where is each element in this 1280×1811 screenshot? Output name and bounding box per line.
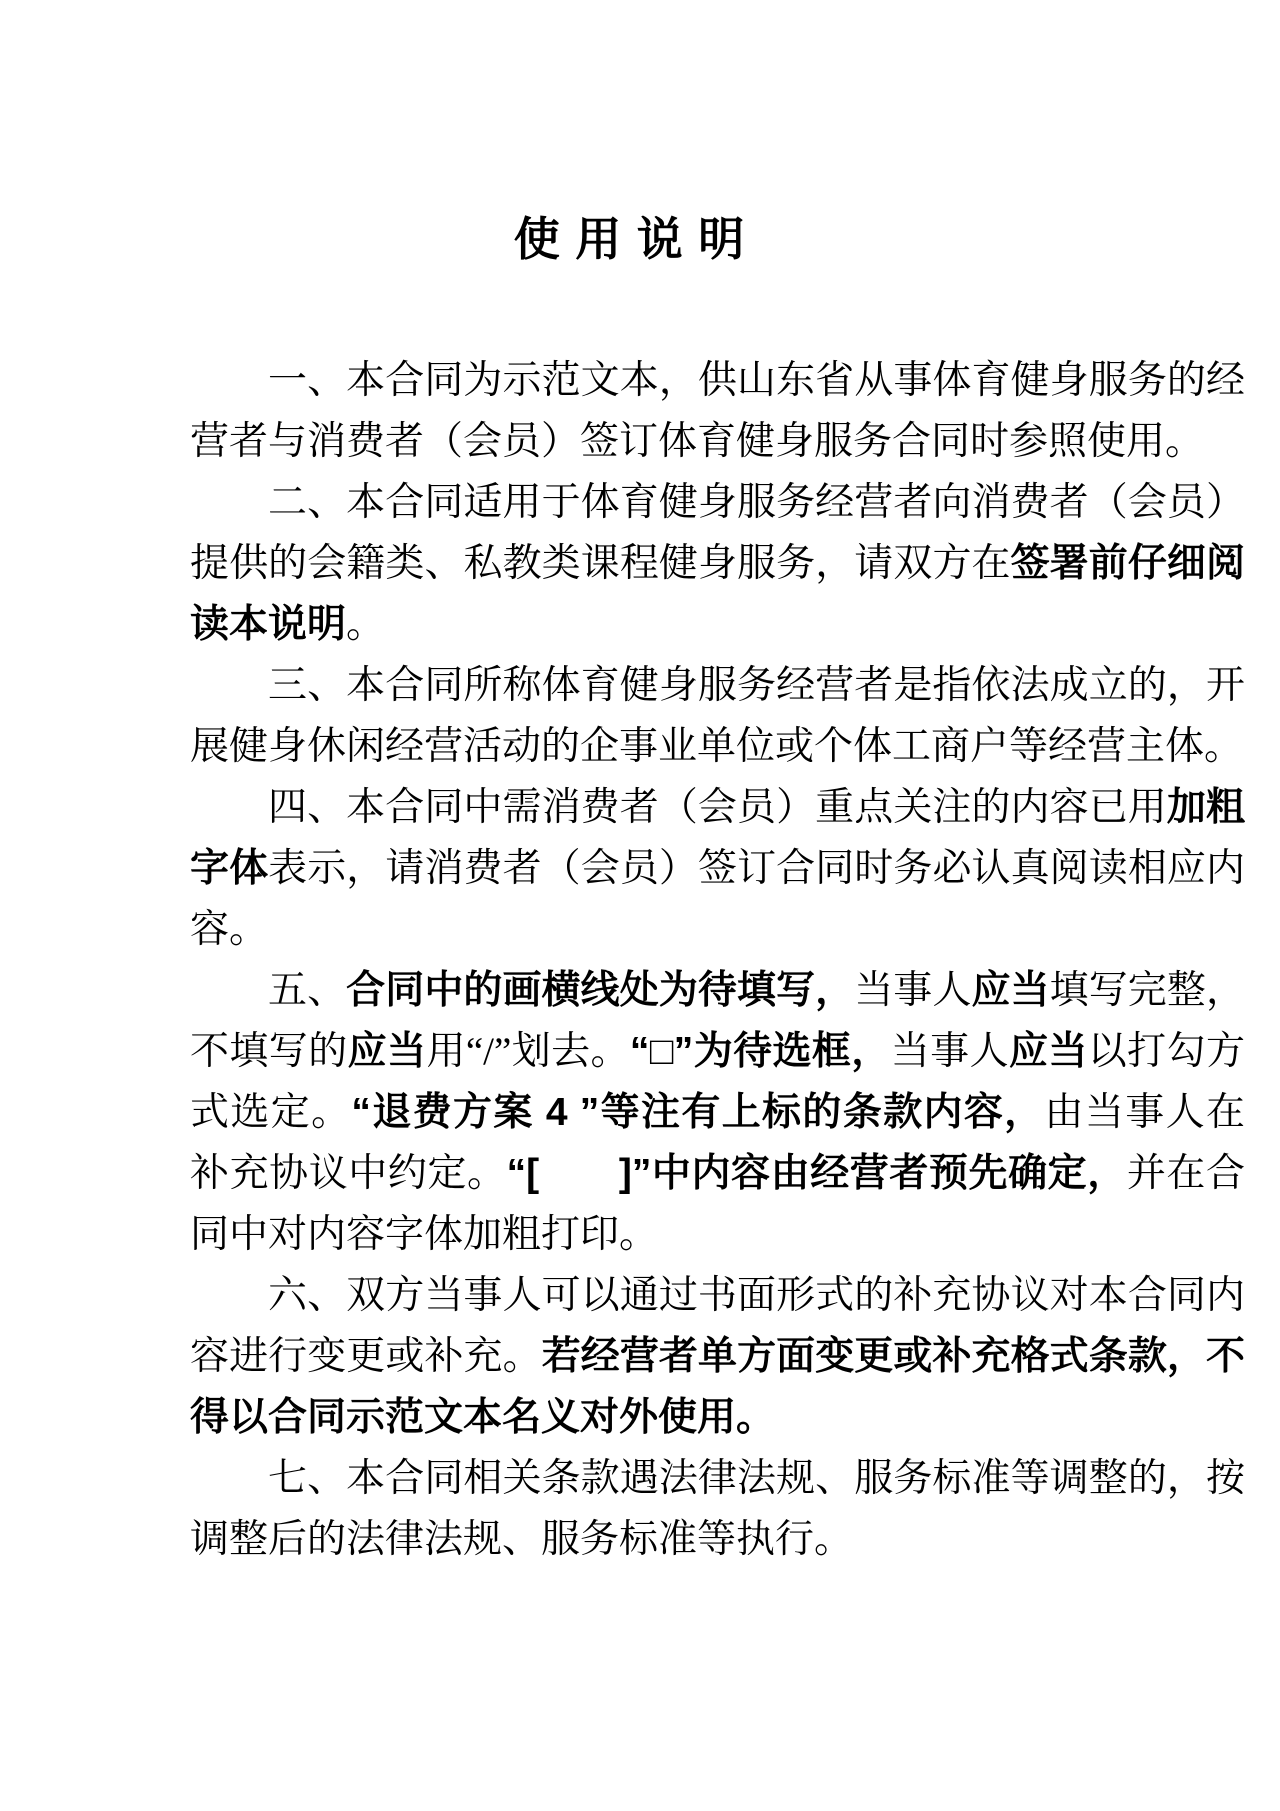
text-run: 四、本合同中需消费者（会员）重点关注的内容已用 [268, 786, 1167, 829]
text-run: 当事人 [891, 1030, 1009, 1073]
paragraph: 四、本合同中需消费者（会员）重点关注的内容已用加粗字体表示，请消费者（会员）签订… [190, 777, 1245, 960]
bold-text-run: 应当 [971, 969, 1049, 1012]
paragraph: 七、本合同相关条款遇法律法规、服务标准等调整的，按调整后的法律法规、服务标准等执… [190, 1448, 1245, 1570]
text-run: 当事人 [854, 969, 971, 1012]
text-run: 七、本合同相关条款遇法律法规、服务标准等调整的，按调整后的法律法规、服务标准等执… [190, 1457, 1245, 1561]
text-run: 表示，请消费者（会员）签订合同时务必认真阅读相应内容。 [190, 847, 1245, 951]
text-run: 用“/”划去。 [426, 1030, 629, 1073]
bold-text-run: “□”为待选框， [630, 1030, 891, 1073]
paragraph: 二、本合同适用于体育健身服务经营者向消费者（会员）提供的会籍类、私教类课程健身服… [190, 472, 1245, 655]
text-run: 五、 [268, 969, 346, 1012]
document-page: 使 用 说 明 一、本合同为示范文本，供山东省从事体育健身服务的经营者与消费者（… [0, 0, 1280, 1811]
bold-text-run: “退费方案 4 ”等注有上标的条款内容， [351, 1091, 1044, 1134]
paragraph: 一、本合同为示范文本，供山东省从事体育健身服务的经营者与消费者（会员）签订体育健… [190, 350, 1245, 472]
paragraph: 三、本合同所称体育健身服务经营者是指依法成立的，开展健身休闲经营活动的企事业单位… [190, 655, 1245, 777]
bold-text-run: “[ ]”中内容由经营者预先确定， [507, 1152, 1127, 1195]
bold-text-run: 应当 [348, 1030, 427, 1073]
text-run: 。 [346, 603, 385, 646]
bold-text-run: 合同中的画横线处为待填写， [346, 969, 854, 1012]
paragraph: 五、合同中的画横线处为待填写，当事人应当填写完整，不填写的应当用“/”划去。“□… [190, 960, 1245, 1265]
paragraph: 六、双方当事人可以通过书面形式的补充协议对本合同内容进行变更或补充。若经营者单方… [190, 1265, 1245, 1448]
text-run: 一、本合同为示范文本，供山东省从事体育健身服务的经营者与消费者（会员）签订体育健… [190, 359, 1245, 463]
document-title: 使 用 说 明 [190, 210, 1070, 270]
document-body: 一、本合同为示范文本，供山东省从事体育健身服务的经营者与消费者（会员）签订体育健… [190, 350, 1245, 1570]
bold-text-run: 应当 [1009, 1030, 1088, 1073]
text-run: 三、本合同所称体育健身服务经营者是指依法成立的，开展健身休闲经营活动的企事业单位… [190, 664, 1245, 768]
